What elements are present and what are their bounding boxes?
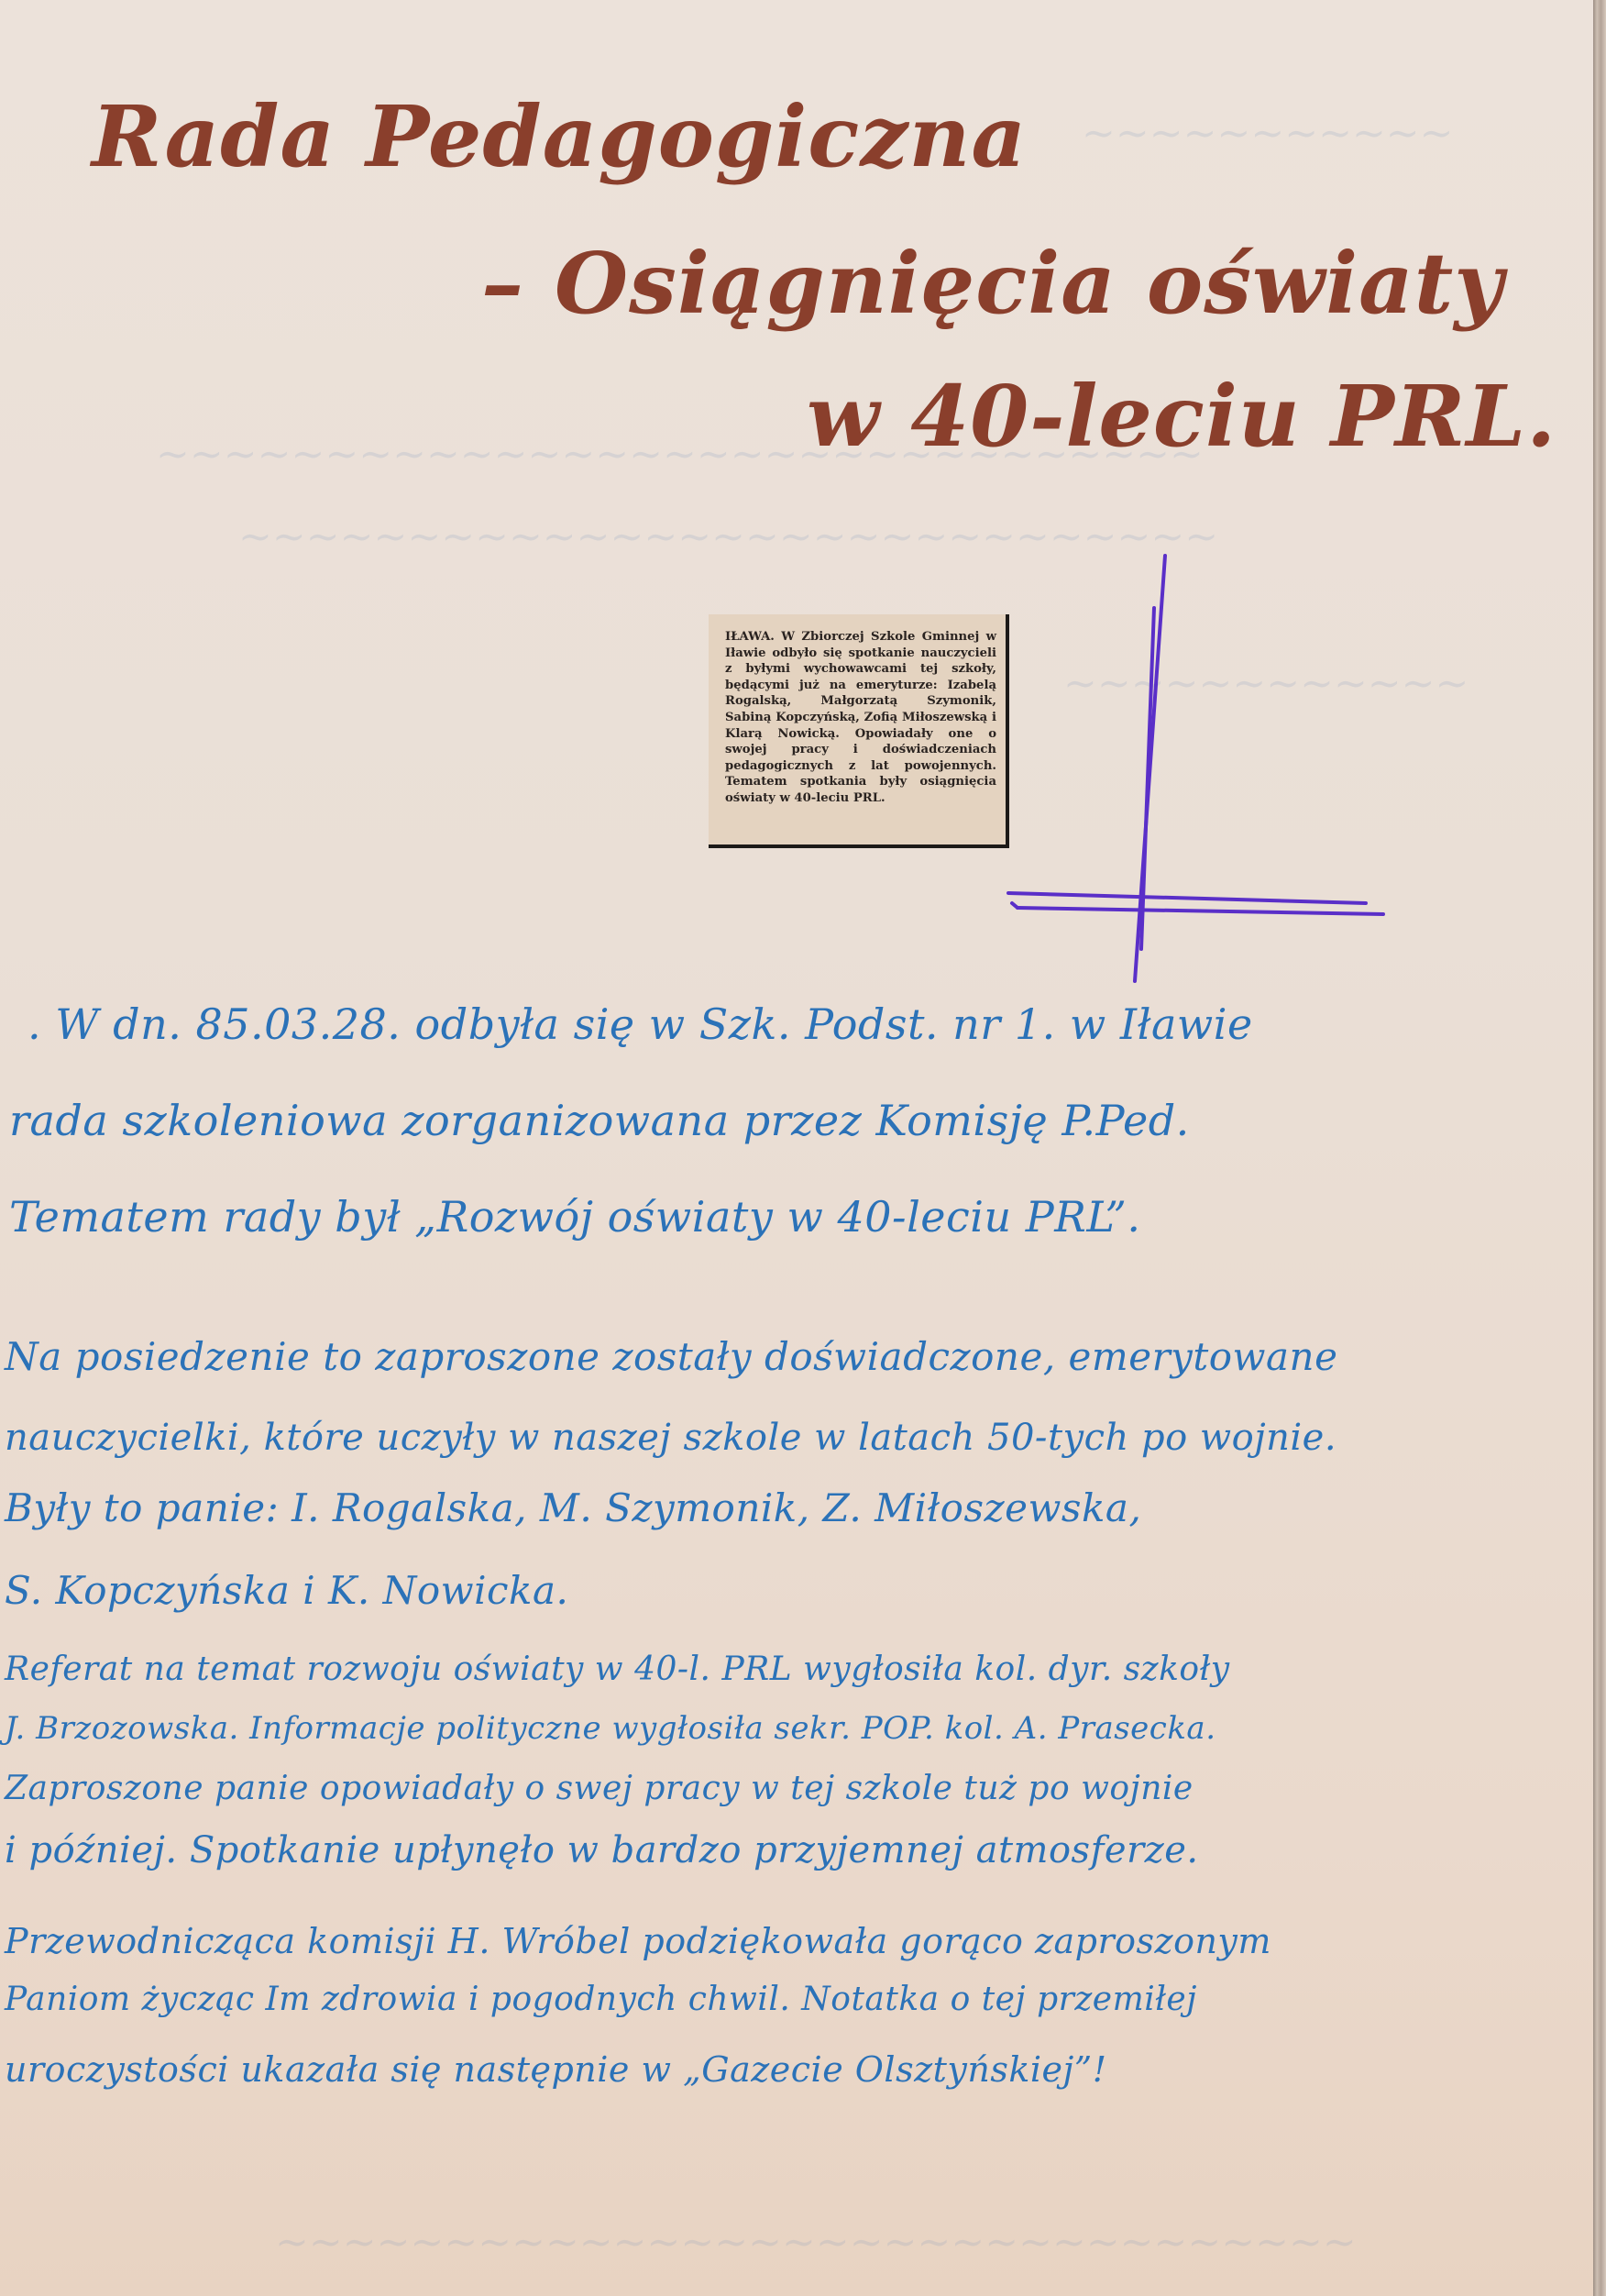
handwritten-line: Zaproszone panie opowiadały o swej pracy… (5, 1770, 1193, 1807)
handwritten-line: Referat na temat rozwoju oświaty w 40-l.… (5, 1650, 1230, 1688)
notebook-binding-edge (1593, 0, 1606, 2296)
page-title-line-3: w 40-leciu PRL. (807, 367, 1556, 466)
clipping-text: W Zbiorczej Szkole Gminnej w Iławie odby… (725, 630, 996, 805)
handwritten-line: i później. Spotkanie upłynęło w bardzo p… (5, 1829, 1199, 1871)
bleed-through-text: ~~~~~~~~~~~~ (1063, 660, 1468, 707)
page-title-line-2: – Osiągnięcia oświaty (481, 234, 1504, 333)
bleed-through-text: ~~~~~~~~~~~~~~~~~~~~~~~~~~~~~~~~ (275, 2219, 1357, 2266)
clipping-dateline: IŁAWA. (725, 630, 775, 644)
page-title-line-1: Rada Pedagogiczna (92, 87, 1027, 186)
notebook-page: ~~~~~~~~~~~ ~~~~~~~~~~~~~~~~~~~~~~~~~~~~… (0, 0, 1593, 2296)
handwritten-line: uroczystości ukazała się następnie w „Ga… (5, 2049, 1106, 2090)
handwritten-line: . W dn. 85.03.28. odbyła się w Szk. Pods… (27, 999, 1253, 1049)
handwritten-line: Przewodnicząca komisji H. Wróbel podzięk… (5, 1921, 1271, 1961)
handwritten-line: rada szkoleniowa zorganizowana przez Kom… (9, 1096, 1190, 1145)
newspaper-clipping: IŁAWA. W Zbiorczej Szkole Gminnej w Iław… (709, 614, 1009, 848)
handwritten-line: Tematem rady był „Rozwój oświaty w 40-le… (9, 1192, 1141, 1242)
handwritten-line: Były to panie: I. Rogalska, M. Szymonik,… (5, 1485, 1141, 1530)
handwritten-line: nauczycielki, które uczyły w naszej szko… (5, 1417, 1336, 1459)
bleed-through-text: ~~~~~~~~~~~ (1082, 110, 1454, 157)
handwritten-line: S. Kopczyńska i K. Nowicka. (5, 1568, 568, 1613)
handwritten-line: J. Brzozowska. Informacje polityczne wyg… (5, 1710, 1216, 1747)
handwritten-line: Paniom życząc Im zdrowia i pogodnych chw… (5, 1981, 1197, 2018)
bleed-through-text: ~~~~~~~~~~~~~~~~~~~~~~~~~~~~~ (238, 513, 1218, 560)
handwritten-line: Na posiedzenie to zaproszone zostały doś… (5, 1334, 1337, 1379)
